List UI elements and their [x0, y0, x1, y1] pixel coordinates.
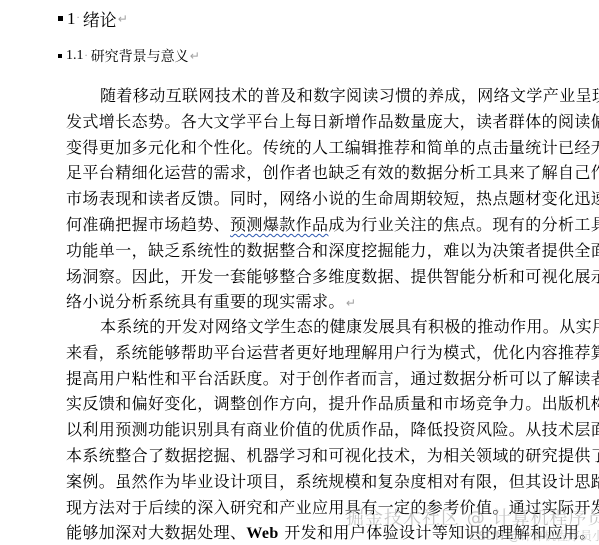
heading-2[interactable]: 1.1 · 研究背景与意义 ↵ [58, 46, 200, 66]
paragraph-background[interactable]: 随着移动互联网技术的普及和数字阅读习惯的养成，网络文学产业呈现出爆 发式增长态势… [66, 83, 586, 315]
space-mark: · [85, 51, 88, 62]
paragraph-mark-icon: ↵ [190, 49, 200, 63]
heading-title: 绪论 [83, 6, 117, 31]
text-line: 何准确把握市场趋势、预测爆款作品成为行业关注的焦点。现有的分析工具大多 [66, 212, 586, 238]
heading-bullet-icon [58, 54, 62, 58]
paragraph-mark-icon: ↵ [346, 296, 356, 310]
text-line: 本系统的开发对网络文学生态的健康发展具有积极的推动作用。从实用角度 [66, 314, 586, 340]
document-page: 1 · 绪论 ↵ 1.1 · 研究背景与意义 ↵ 随着移动互联网技术的普及和数字… [0, 0, 599, 545]
heading-number: 1.1 [66, 48, 84, 64]
text-line: 市场表现和读者反馈。同时，网络小说的生命周期较短，热点题材变化迅速，如 [66, 186, 586, 212]
text-line: 变得更加多元化和个性化。传统的人工编辑推荐和简单的点击量统计已经无法满 [66, 135, 586, 161]
text-line: 足平台精细化运营的需求，创作者也缺乏有效的数据分析工具来了解自己作品的 [66, 160, 586, 186]
text-segment: 何准确把握市场趋势、 [66, 215, 230, 234]
text-line: 案例。虽然作为毕业设计项目，系统规模和复杂度相对有限，但其设计思路和实 [66, 469, 586, 495]
text-line: 发式增长态势。各大文学平台上每日新增作品数量庞大，读者群体的阅读偏好也 [66, 109, 586, 135]
text-segment: 络小说分析系统具有重要的现实需求。 [66, 292, 345, 311]
text-line: 络小说分析系统具有重要的现实需求。↵ [66, 289, 586, 315]
text-line: 本系统整合了数据挖掘、机器学习和可视化技术，为相关领域的研究提供了实践 [66, 443, 586, 469]
text-line: 实反馈和偏好变化，调整创作方向，提升作品质量和市场竞争力。出版机构则可 [66, 391, 586, 417]
grammar-flagged-text[interactable]: 预测爆款作品 [230, 215, 328, 234]
heading-1[interactable]: 1 · 绪论 ↵ [58, 6, 128, 31]
text-line: 功能单一，缺乏系统性的数据整合和深度挖掘能力，难以为决策者提供全面的市 [66, 238, 586, 264]
text-segment: 能够加深对大数据处理、 [66, 523, 246, 542]
watermark-secondary: CSDN @计算机程序员小杨 [470, 527, 599, 544]
text-segment: 成为行业关注的焦点。现有的分析工具大多 [328, 215, 599, 234]
paragraph-mark-icon: ↵ [118, 12, 128, 26]
text-line: 场洞察。因此，开发一套能够整合多维度数据、提供智能分析和可视化展示的网 [66, 264, 586, 290]
heading-bullet-icon [58, 16, 63, 21]
text-line: 提高用户粘性和平台活跃度。对于创作者而言，通过数据分析可以了解读者的真 [66, 366, 586, 392]
text-line: 来看，系统能够帮助平台运营者更好地理解用户行为模式，优化内容推荐算法， [66, 340, 586, 366]
heading-number: 1 [67, 9, 76, 29]
text-segment-latin: Web [246, 525, 278, 542]
space-mark: · [77, 13, 80, 24]
heading-title: 研究背景与意义 [91, 46, 189, 66]
text-line: 以利用预测功能识别具有商业价值的优质作品，降低投资风险。从技术层面来说， [66, 417, 586, 443]
text-line: 随着移动互联网技术的普及和数字阅读习惯的养成，网络文学产业呈现出爆 [66, 83, 586, 109]
